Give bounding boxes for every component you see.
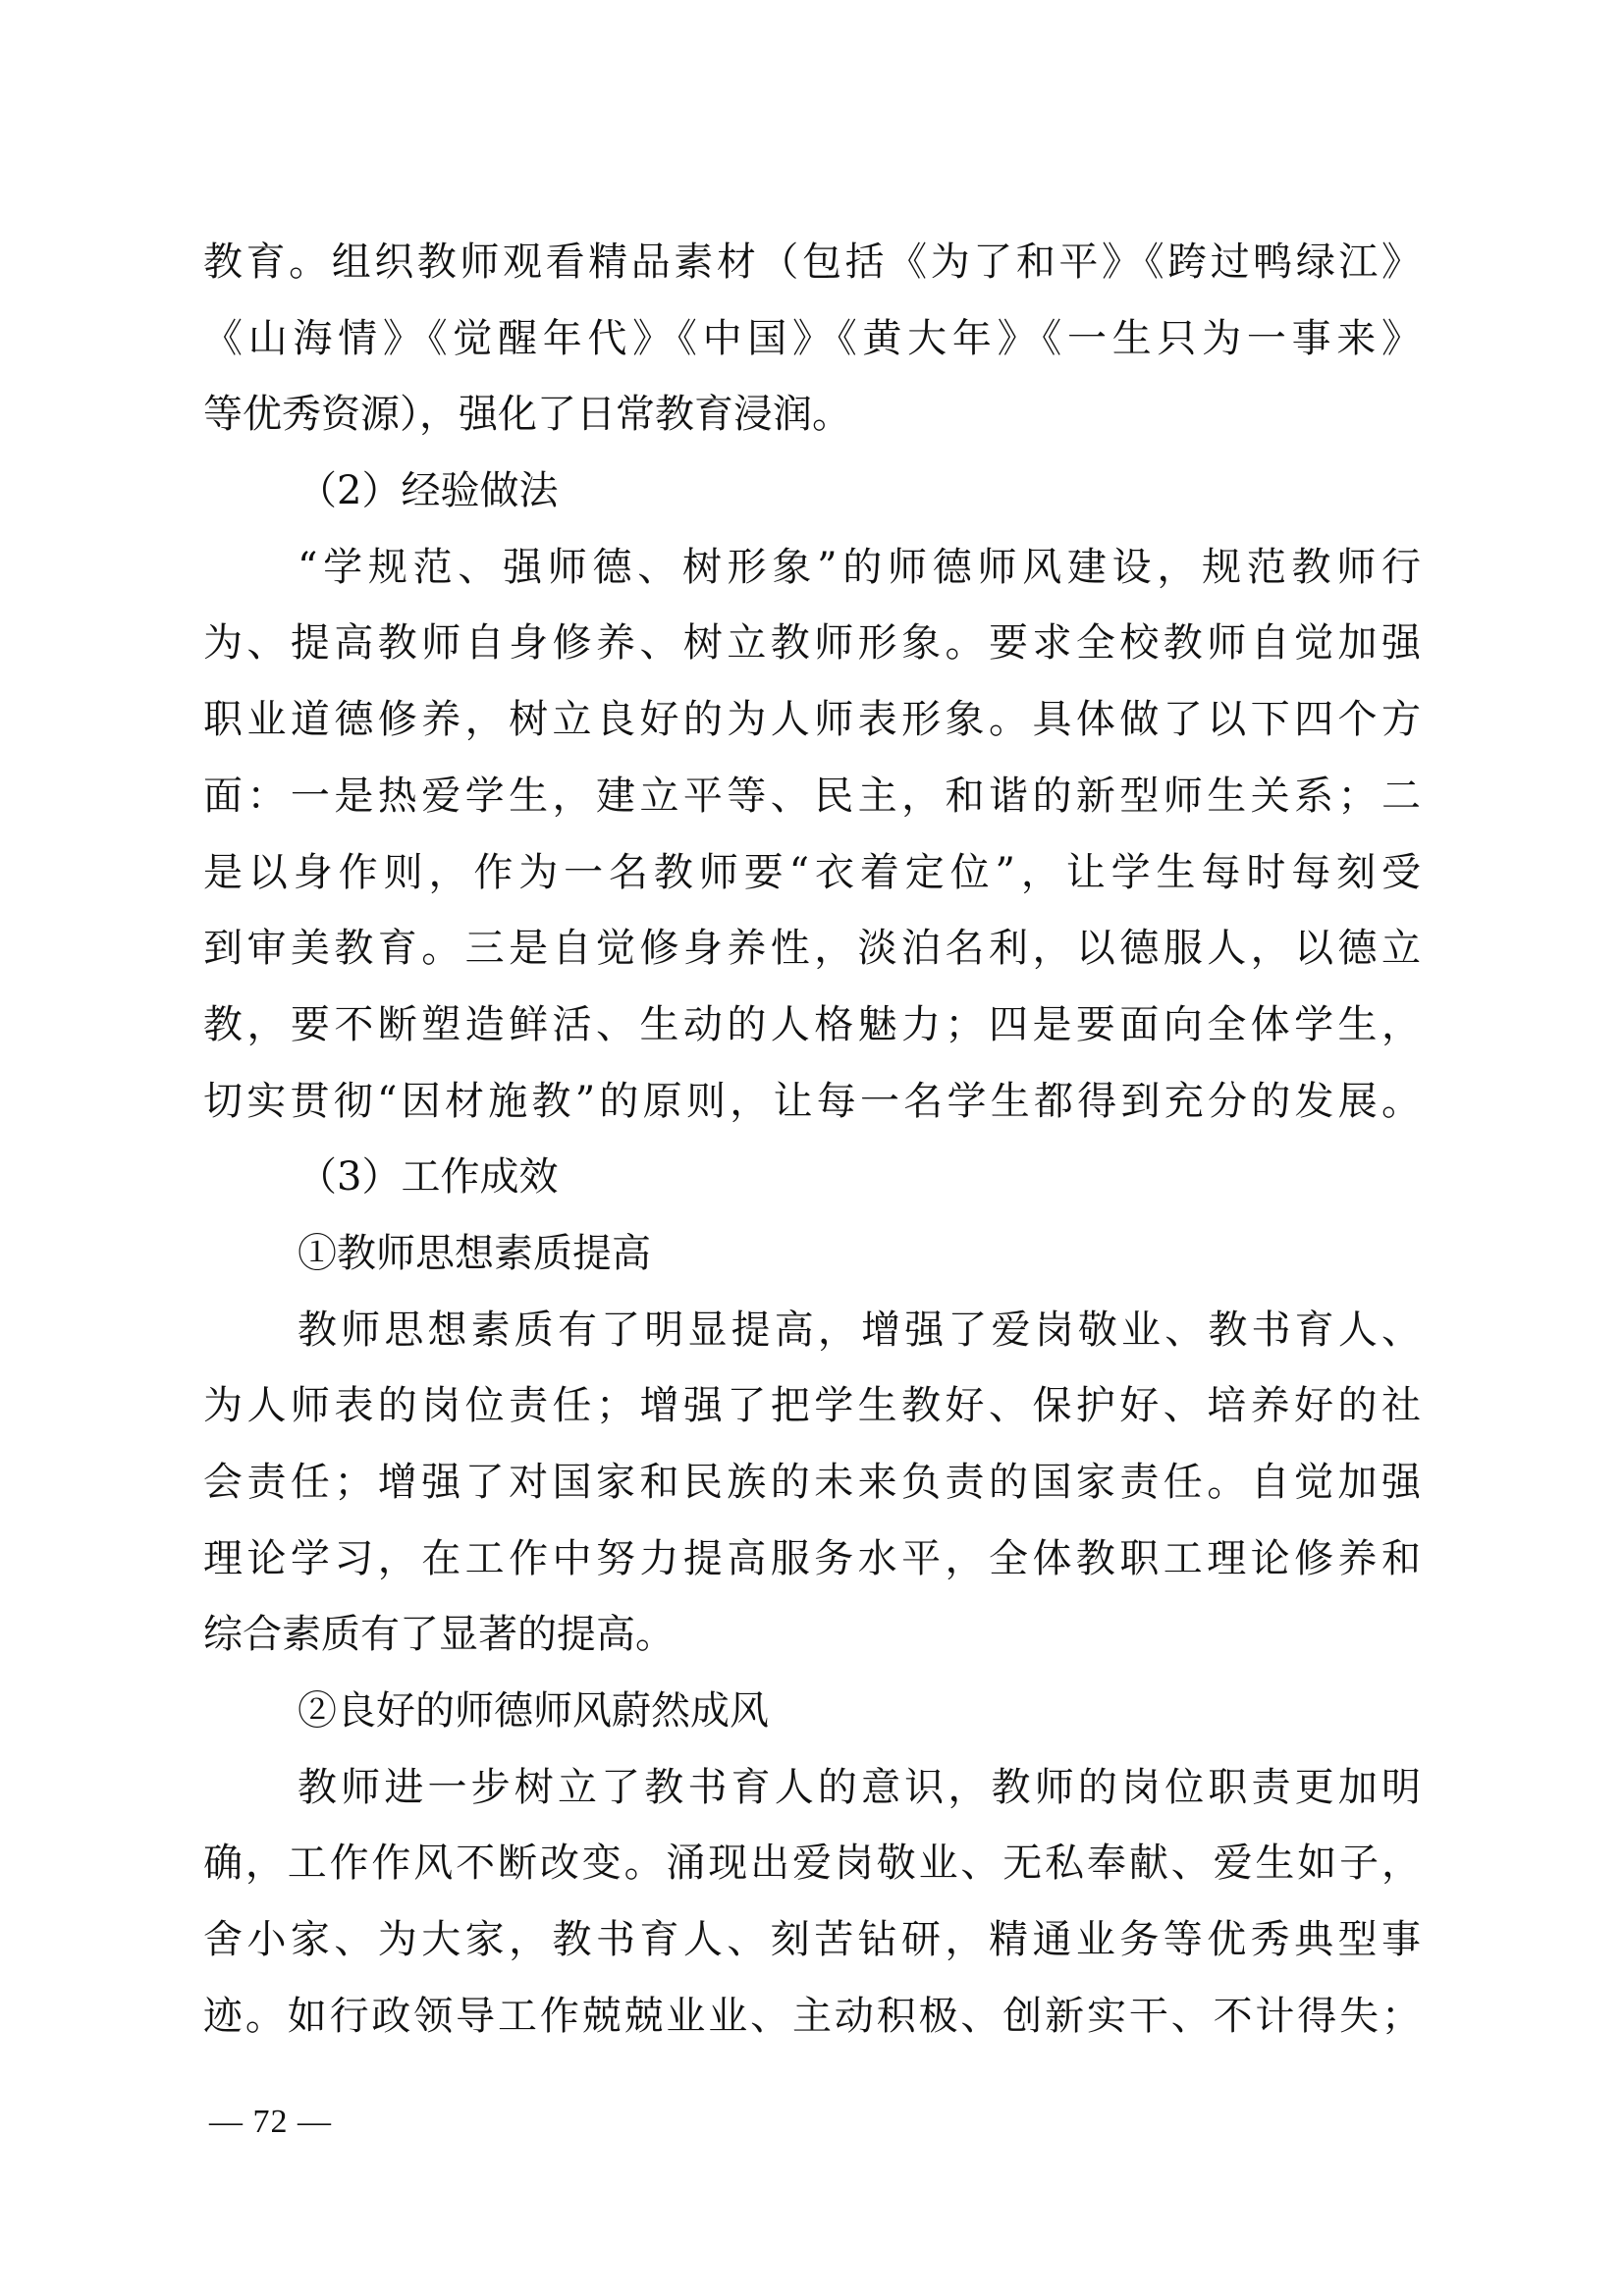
paragraph-line: 教师思想素质有了明显提高，增强了爱岗敬业、教书育人、 bbox=[203, 1293, 1421, 1369]
paragraph-line: 为、提高教师自身修养、树立教师形象。要求全校教师自觉加强 bbox=[203, 606, 1421, 682]
paragraph-line: 理论学习，在工作中努力提高服务水平，全体教职工理论修养和 bbox=[203, 1522, 1421, 1598]
subheading-ethics-culture: ②良好的师德师风蔚然成风 bbox=[203, 1674, 1421, 1750]
paragraph-line: 舍小家、为大家，教书育人、刻苦钻研，精通业务等优秀典型事 bbox=[203, 1902, 1421, 1979]
paragraph-line: 等优秀资源），强化了日常教育浸润。 bbox=[203, 377, 1421, 454]
paragraph-line: 职业道德修养，树立良好的为人师表形象。具体做了以下四个方 bbox=[203, 682, 1421, 759]
subheading-teacher-quality: ①教师思想素质提高 bbox=[203, 1216, 1421, 1293]
paragraph-line: “学规范、强师德、树形象”的师德师风建设，规范教师行 bbox=[203, 530, 1421, 607]
paragraph-line: 综合素质有了显著的提高。 bbox=[203, 1597, 1421, 1674]
paragraph-line: 确，工作作风不断改变。涌现出爱岗敬业、无私奉献、爱生如子， bbox=[203, 1826, 1421, 1902]
paragraph-line: 教，要不断塑造鲜活、生动的人格魅力；四是要面向全体学生， bbox=[203, 988, 1421, 1064]
paragraph-line: 会责任；增强了对国家和民族的未来负责的国家责任。自觉加强 bbox=[203, 1445, 1421, 1522]
section-heading-results: （3）工作成效 bbox=[203, 1140, 1421, 1216]
section-heading-experience: （2）经验做法 bbox=[203, 454, 1421, 530]
paragraph-line: 《山海情》《觉醒年代》《中国》《黄大年》《一生只为一事来》 bbox=[203, 301, 1421, 378]
body-text: 教育。组织教师观看精品素材（包括《为了和平》《跨过鸭绿江》 《山海情》《觉醒年代… bbox=[203, 225, 1421, 2056]
document-page: 教育。组织教师观看精品素材（包括《为了和平》《跨过鸭绿江》 《山海情》《觉醒年代… bbox=[0, 0, 1624, 2296]
paragraph-line: 面：一是热爱学生，建立平等、民主，和谐的新型师生关系；二 bbox=[203, 759, 1421, 835]
paragraph-line: 到审美教育。三是自觉修身养性，淡泊名利，以德服人，以德立 bbox=[203, 911, 1421, 988]
paragraph-line: 是以身作则，作为一名教师要“衣着定位”，让学生每时每刻受 bbox=[203, 835, 1421, 912]
paragraph-line: 切实贯彻“因材施教”的原则，让每一名学生都得到充分的发展。 bbox=[203, 1064, 1421, 1141]
page-number: — 72 — bbox=[209, 2104, 332, 2141]
paragraph-line: 迹。如行政领导工作兢兢业业、主动积极、创新实干、不计得失； bbox=[203, 1979, 1421, 2056]
paragraph-line: 为人师表的岗位责任；增强了把学生教好、保护好、培养好的社 bbox=[203, 1368, 1421, 1445]
paragraph-line: 教师进一步树立了教书育人的意识，教师的岗位职责更加明 bbox=[203, 1750, 1421, 1827]
paragraph-line: 教育。组织教师观看精品素材（包括《为了和平》《跨过鸭绿江》 bbox=[203, 225, 1421, 301]
